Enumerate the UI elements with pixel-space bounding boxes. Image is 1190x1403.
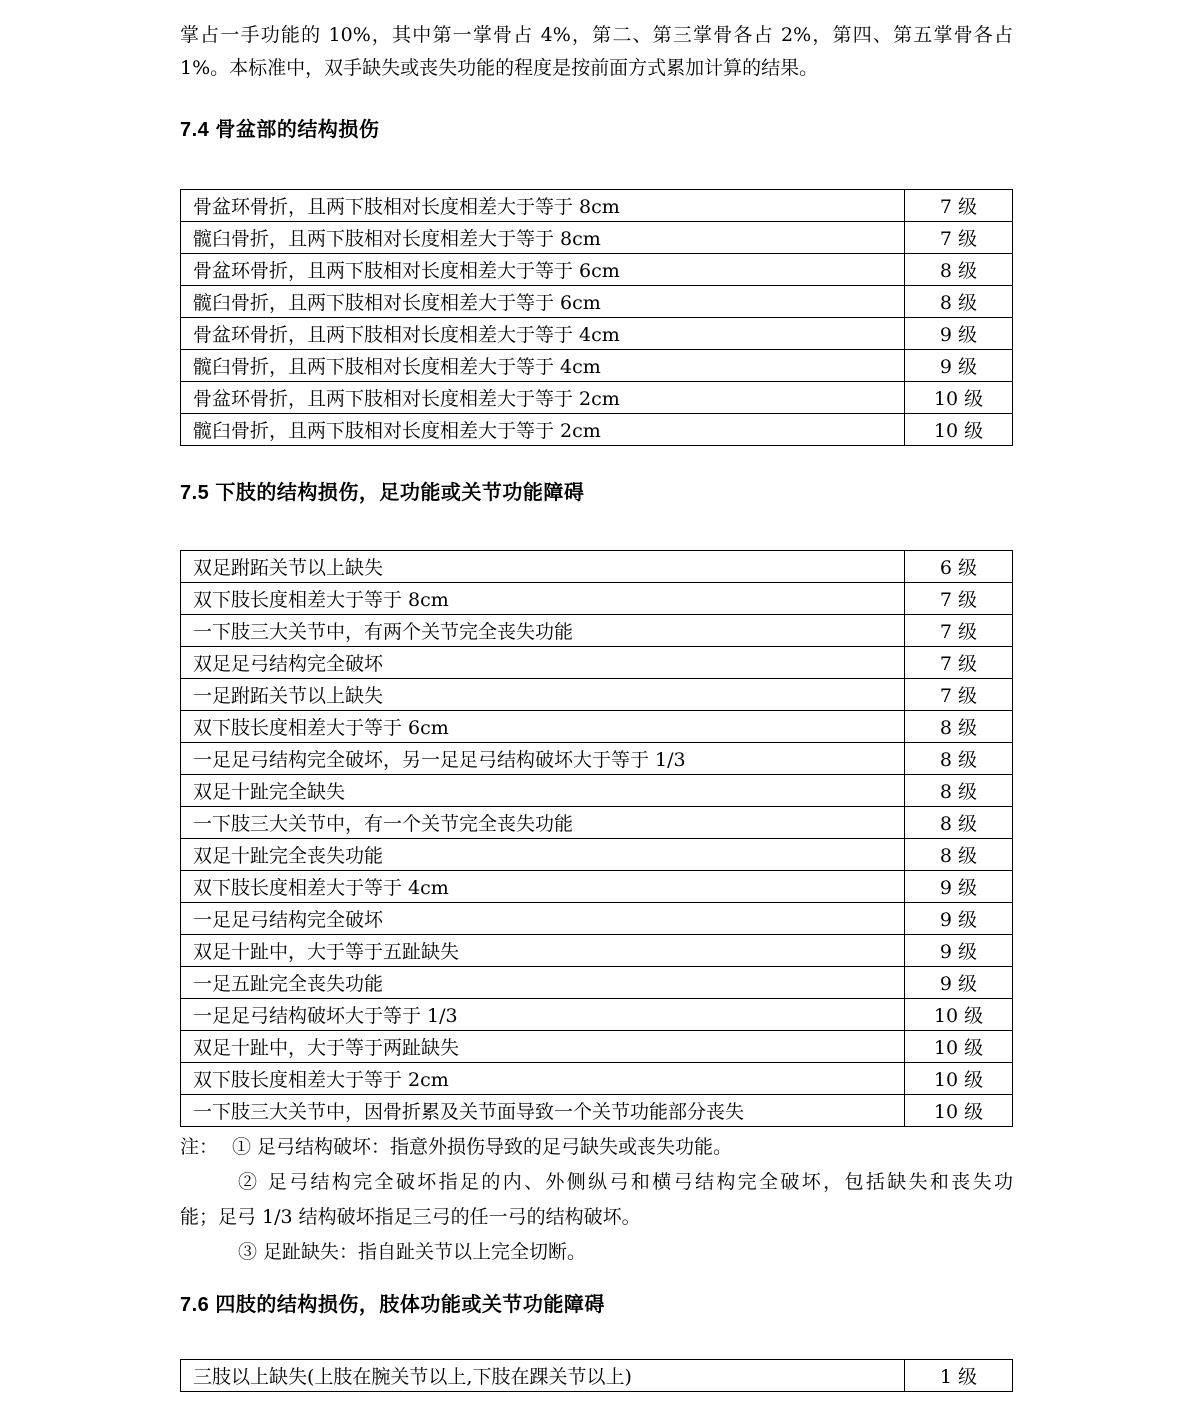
grade-level-cell: 8 级 <box>905 743 1013 775</box>
injury-item-cell: 双下肢长度相差大于等于 6cm <box>181 711 905 743</box>
grade-level-cell: 10 级 <box>905 1063 1013 1095</box>
injury-item-cell: 一足足弓结构破坏大于等于 1/3 <box>181 999 905 1031</box>
table-row: 双足十趾完全丧失功能8 级 <box>181 839 1013 871</box>
injury-item-cell: 三肢以上缺失(上肢在腕关节以上,下肢在踝关节以上) <box>181 1360 905 1392</box>
injury-item-cell: 双下肢长度相差大于等于 2cm <box>181 1063 905 1095</box>
note-2-line-2: 能；足弓 1/3 结构破坏指足三弓的任一弓的结构破坏。 <box>180 1200 1013 1235</box>
table-row: 双下肢长度相差大于等于 8cm7 级 <box>181 583 1013 615</box>
intro-paragraph-line-1: 掌占一手功能的 10%，其中第一掌骨占 4%，第二、第三掌骨各占 2%，第四、第… <box>180 19 1013 52</box>
injury-item-cell: 骨盆环骨折，且两下肢相对长度相差大于等于 2cm <box>181 382 905 414</box>
section-heading-7-4: 7.4 骨盆部的结构损伤 <box>180 117 1013 144</box>
table-row: 一足足弓结构完全破坏9 级 <box>181 903 1013 935</box>
injury-item-cell: 双足十趾中，大于等于两趾缺失 <box>181 1031 905 1063</box>
injury-item-cell: 髋臼骨折，且两下肢相对长度相差大于等于 4cm <box>181 350 905 382</box>
injury-item-cell: 骨盆环骨折，且两下肢相对长度相差大于等于 4cm <box>181 318 905 350</box>
table-row: 双足十趾中，大于等于两趾缺失10 级 <box>181 1031 1013 1063</box>
injury-item-cell: 一下肢三大关节中，因骨折累及关节面导致一个关节功能部分丧失 <box>181 1095 905 1127</box>
injury-item-cell: 双足十趾中，大于等于五趾缺失 <box>181 935 905 967</box>
grade-level-cell: 10 级 <box>905 382 1013 414</box>
table-row: 骨盆环骨折，且两下肢相对长度相差大于等于 6cm8 级 <box>181 254 1013 286</box>
grade-level-cell: 7 级 <box>905 679 1013 711</box>
table-row: 双足足弓结构完全破坏7 级 <box>181 647 1013 679</box>
grade-level-cell: 6 级 <box>905 551 1013 583</box>
grade-level-cell: 8 级 <box>905 807 1013 839</box>
injury-item-cell: 髋臼骨折，且两下肢相对长度相差大于等于 8cm <box>181 222 905 254</box>
grade-level-cell: 7 级 <box>905 647 1013 679</box>
table-row: 一足足弓结构破坏大于等于 1/310 级 <box>181 999 1013 1031</box>
note-1-text: ① 足弓结构破坏：指意外损伤导致的足弓缺失或丧失功能。 <box>232 1136 732 1158</box>
table-row: 双足跗跖关节以上缺失6 级 <box>181 551 1013 583</box>
grade-level-cell: 10 级 <box>905 999 1013 1031</box>
table-row: 髋臼骨折，且两下肢相对长度相差大于等于 8cm7 级 <box>181 222 1013 254</box>
table-row: 骨盆环骨折，且两下肢相对长度相差大于等于 4cm9 级 <box>181 318 1013 350</box>
document-page: 掌占一手功能的 10%，其中第一掌骨占 4%，第二、第三掌骨各占 2%，第四、第… <box>0 0 1190 1403</box>
injury-item-cell: 双足足弓结构完全破坏 <box>181 647 905 679</box>
notes-block: 注：① 足弓结构破坏：指意外损伤导致的足弓缺失或丧失功能。 ② 足弓结构完全破坏… <box>180 1130 1013 1270</box>
injury-item-cell: 双足十趾完全丧失功能 <box>181 839 905 871</box>
intro-paragraph-line-2: 1%。本标准中，双手缺失或丧失功能的程度是按前面方式累加计算的结果。 <box>180 52 1013 85</box>
grade-level-cell: 10 级 <box>905 1095 1013 1127</box>
table-row: 骨盆环骨折，且两下肢相对长度相差大于等于 8cm7 级 <box>181 190 1013 222</box>
grade-level-cell: 9 级 <box>905 935 1013 967</box>
table-row: 髋臼骨折，且两下肢相对长度相差大于等于 4cm9 级 <box>181 350 1013 382</box>
injury-item-cell: 一足五趾完全丧失功能 <box>181 967 905 999</box>
injury-item-cell: 髋臼骨折，且两下肢相对长度相差大于等于 2cm <box>181 414 905 446</box>
section-heading-7-5: 7.5 下肢的结构损伤，足功能或关节功能障碍 <box>180 480 1013 507</box>
grade-level-cell: 8 级 <box>905 775 1013 807</box>
note-2-line-1: ② 足弓结构完全破坏指足的内、外侧纵弓和横弓结构完全破坏，包括缺失和丧失功 <box>180 1165 1013 1200</box>
table-row: 双足十趾完全缺失8 级 <box>181 775 1013 807</box>
grade-level-cell: 8 级 <box>905 254 1013 286</box>
injury-item-cell: 骨盆环骨折，且两下肢相对长度相差大于等于 8cm <box>181 190 905 222</box>
four-limbs-injury-grade-table: 三肢以上缺失(上肢在腕关节以上,下肢在踝关节以上)1 级 <box>180 1359 1013 1392</box>
grade-level-cell: 10 级 <box>905 1031 1013 1063</box>
grade-level-cell: 7 级 <box>905 190 1013 222</box>
grade-level-cell: 7 级 <box>905 583 1013 615</box>
table-row: 一下肢三大关节中，有两个关节完全丧失功能7 级 <box>181 615 1013 647</box>
injury-item-cell: 双足跗跖关节以上缺失 <box>181 551 905 583</box>
grade-level-cell: 10 级 <box>905 414 1013 446</box>
table-row: 髋臼骨折，且两下肢相对长度相差大于等于 2cm10 级 <box>181 414 1013 446</box>
notes-label: 注： <box>180 1136 218 1158</box>
grade-level-cell: 9 级 <box>905 871 1013 903</box>
grade-level-cell: 9 级 <box>905 350 1013 382</box>
note-1: 注：① 足弓结构破坏：指意外损伤导致的足弓缺失或丧失功能。 <box>180 1130 1013 1165</box>
table-row: 骨盆环骨折，且两下肢相对长度相差大于等于 2cm10 级 <box>181 382 1013 414</box>
table-row: 一足足弓结构完全破坏，另一足足弓结构破坏大于等于 1/38 级 <box>181 743 1013 775</box>
grade-level-cell: 8 级 <box>905 286 1013 318</box>
table-row: 三肢以上缺失(上肢在腕关节以上,下肢在踝关节以上)1 级 <box>181 1360 1013 1392</box>
table-row: 髋臼骨折，且两下肢相对长度相差大于等于 6cm8 级 <box>181 286 1013 318</box>
injury-item-cell: 双足十趾完全缺失 <box>181 775 905 807</box>
injury-item-cell: 一足跗跖关节以上缺失 <box>181 679 905 711</box>
table-row: 双下肢长度相差大于等于 4cm9 级 <box>181 871 1013 903</box>
grade-level-cell: 9 级 <box>905 318 1013 350</box>
table-row: 双下肢长度相差大于等于 6cm8 级 <box>181 711 1013 743</box>
grade-level-cell: 7 级 <box>905 615 1013 647</box>
injury-item-cell: 一足足弓结构完全破坏 <box>181 903 905 935</box>
note-3: ③ 足趾缺失：指自趾关节以上完全切断。 <box>180 1235 1013 1270</box>
grade-level-cell: 8 级 <box>905 711 1013 743</box>
injury-item-cell: 髋臼骨折，且两下肢相对长度相差大于等于 6cm <box>181 286 905 318</box>
grade-level-cell: 1 级 <box>905 1360 1013 1392</box>
pelvis-injury-grade-table: 骨盆环骨折，且两下肢相对长度相差大于等于 8cm7 级髋臼骨折，且两下肢相对长度… <box>180 189 1013 446</box>
injury-item-cell: 一下肢三大关节中，有两个关节完全丧失功能 <box>181 615 905 647</box>
section-heading-7-6: 7.6 四肢的结构损伤，肢体功能或关节功能障碍 <box>180 1292 1013 1319</box>
table-row: 一下肢三大关节中，有一个关节完全丧失功能8 级 <box>181 807 1013 839</box>
grade-level-cell: 8 级 <box>905 839 1013 871</box>
table-row: 一足跗跖关节以上缺失7 级 <box>181 679 1013 711</box>
grade-level-cell: 9 级 <box>905 903 1013 935</box>
table-row: 双下肢长度相差大于等于 2cm10 级 <box>181 1063 1013 1095</box>
injury-item-cell: 一下肢三大关节中，有一个关节完全丧失功能 <box>181 807 905 839</box>
table-row: 一足五趾完全丧失功能9 级 <box>181 967 1013 999</box>
table-row: 双足十趾中，大于等于五趾缺失9 级 <box>181 935 1013 967</box>
lower-limb-injury-grade-table: 双足跗跖关节以上缺失6 级双下肢长度相差大于等于 8cm7 级一下肢三大关节中，… <box>180 550 1013 1127</box>
injury-item-cell: 双下肢长度相差大于等于 4cm <box>181 871 905 903</box>
injury-item-cell: 骨盆环骨折，且两下肢相对长度相差大于等于 6cm <box>181 254 905 286</box>
grade-level-cell: 7 级 <box>905 222 1013 254</box>
table-row: 一下肢三大关节中，因骨折累及关节面导致一个关节功能部分丧失10 级 <box>181 1095 1013 1127</box>
grade-level-cell: 9 级 <box>905 967 1013 999</box>
injury-item-cell: 双下肢长度相差大于等于 8cm <box>181 583 905 615</box>
injury-item-cell: 一足足弓结构完全破坏，另一足足弓结构破坏大于等于 1/3 <box>181 743 905 775</box>
